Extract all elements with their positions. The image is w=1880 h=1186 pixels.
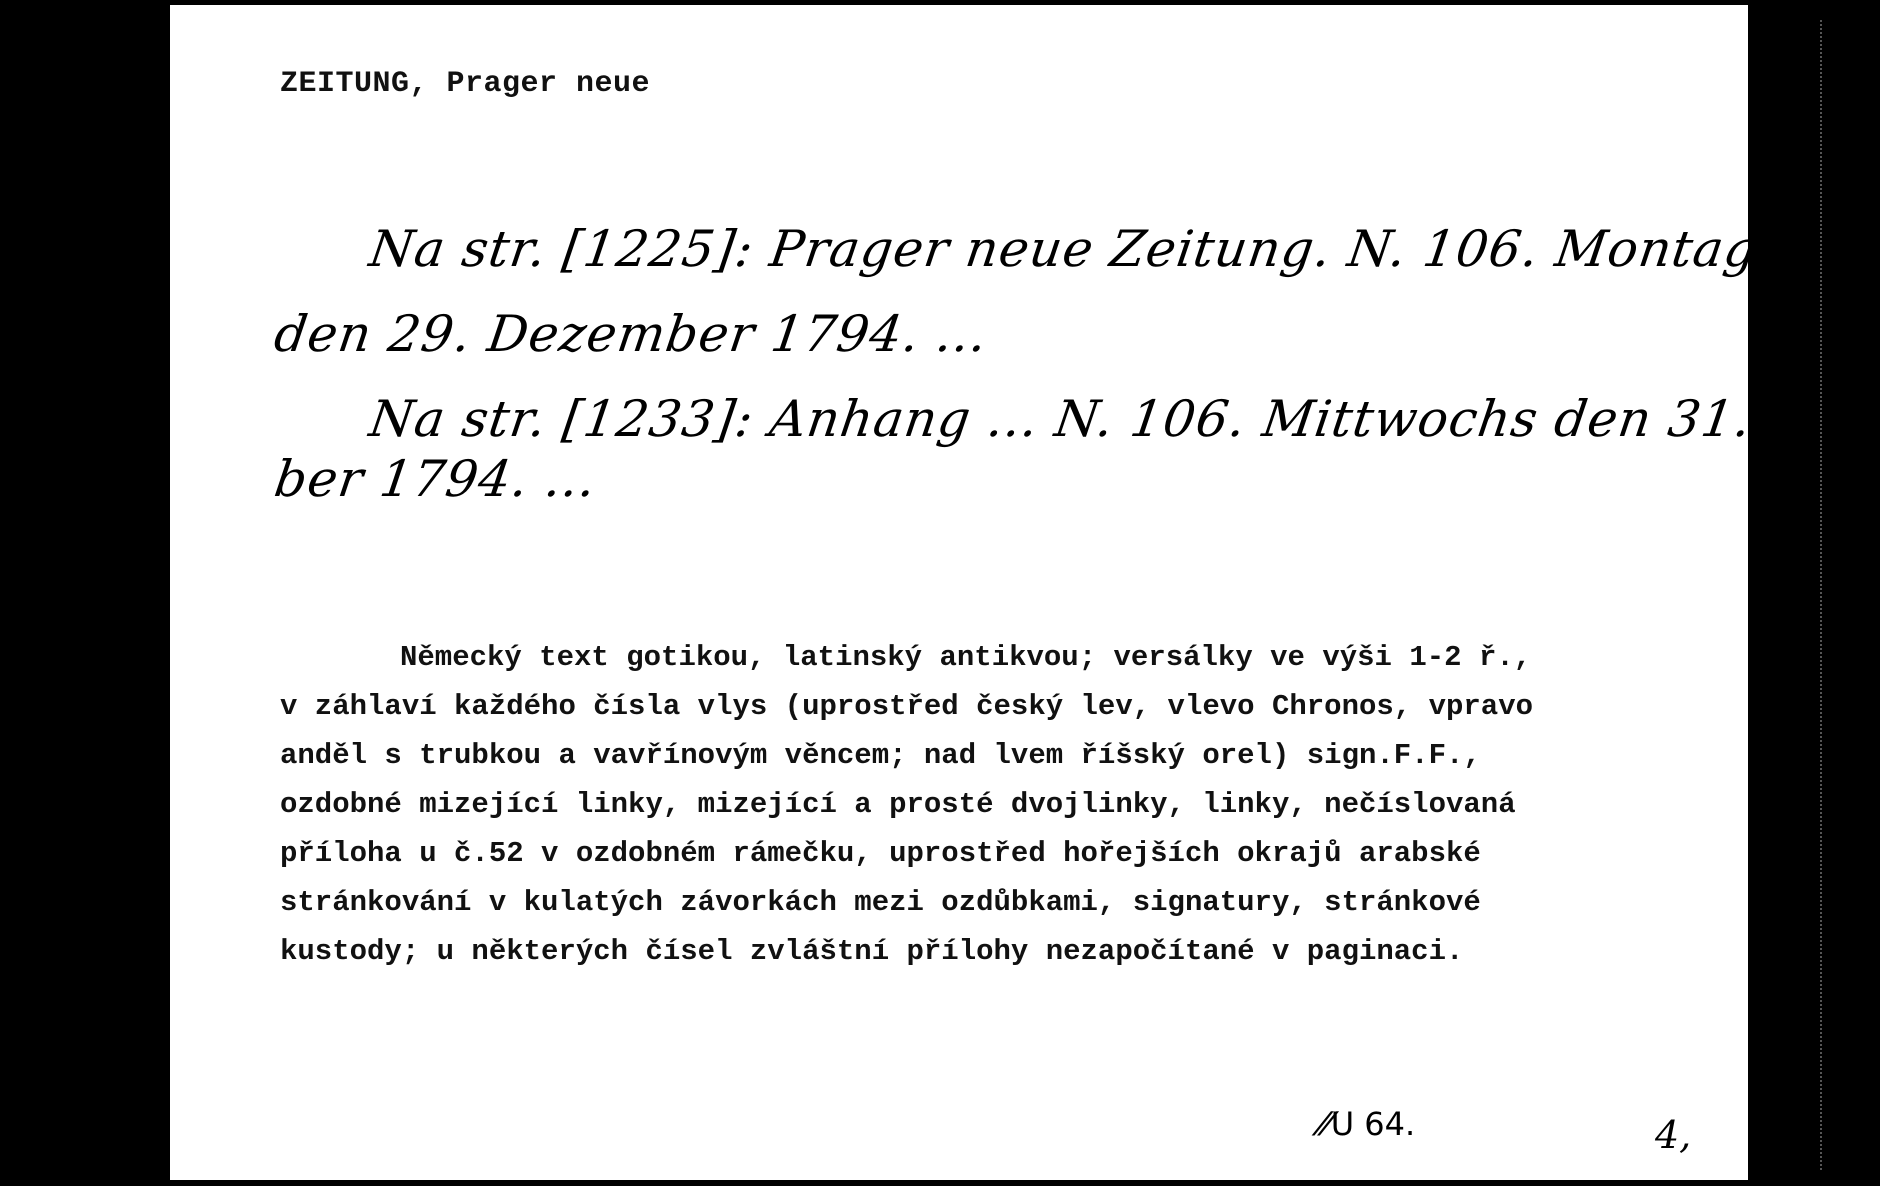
description-line: příloha u č.52 v ozdobném rámečku, upros…: [280, 829, 1720, 878]
description-line: ozdobné mizející linky, mizející a prost…: [280, 780, 1720, 829]
description-line: kustody; u některých čísel zvláštní příl…: [280, 927, 1720, 976]
catalog-card: ZEITUNG, Prager neue Na str. [1225]: Pra…: [170, 5, 1748, 1180]
call-number: ⁄⁄U 64.: [1320, 1105, 1415, 1143]
handwritten-note-line: ber 1794. ...: [271, 450, 600, 508]
description-paragraph: Německý text gotikou, latinský antikvou;…: [280, 633, 1720, 976]
description-line: anděl s trubkou a vavřínovým věncem; nad…: [280, 731, 1720, 780]
handwritten-note-line: Na str. [1225]: Prager neue Zeitung. N. …: [366, 220, 1788, 278]
handwritten-note-line: Na str. [1233]: Anhang ... N. 106. Mittw…: [366, 390, 1880, 448]
description-line: v záhlaví každého čísla vlys (uprostřed …: [280, 682, 1720, 731]
card-heading: ZEITUNG, Prager neue: [280, 67, 650, 101]
description-line: Německý text gotikou, latinský antikvou;…: [280, 633, 1720, 682]
check-mark-icon: ⁄⁄: [1320, 1105, 1331, 1143]
scan-edge-artifact: [1820, 20, 1825, 1170]
page-mark: 4,: [1655, 1113, 1691, 1157]
handwritten-note-line: den 29. Dezember 1794. ...: [271, 305, 991, 363]
description-line: stránkování v kulatých závorkách mezi oz…: [280, 878, 1720, 927]
